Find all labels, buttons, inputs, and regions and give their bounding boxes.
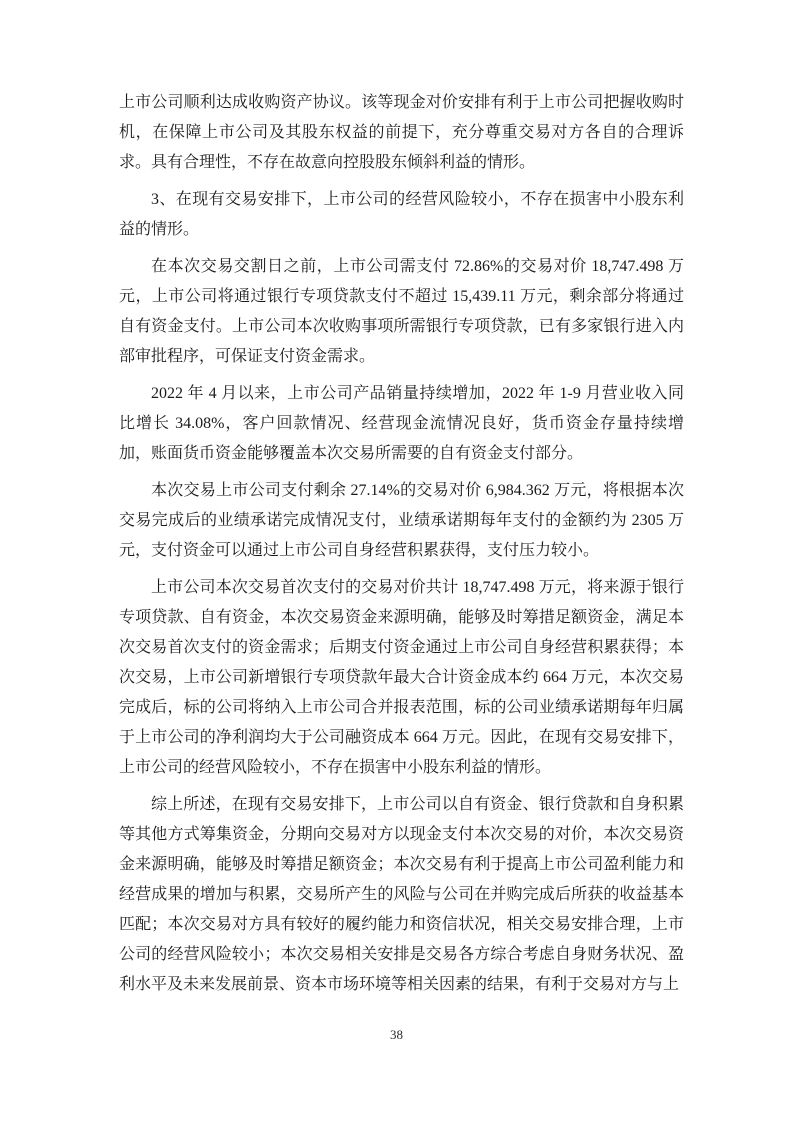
- paragraph: 综上所述，在现有交易安排下，上市公司以自有资金、银行贷款和自身积累等其他方式筹集…: [119, 790, 684, 1000]
- paragraph: 2022 年 4 月以来，上市公司产品销量持续增加，2022 年 1-9 月营业…: [119, 379, 684, 469]
- paragraph: 在本次交易交割日之前，上市公司需支付 72.86%的交易对价 18,747.49…: [119, 252, 684, 372]
- paragraph: 本次交易上市公司支付剩余 27.14%的交易对价 6,984.362 万元，将根…: [119, 476, 684, 566]
- page-number: 38: [0, 1027, 793, 1043]
- paragraph: 上市公司顺利达成收购资产协议。该等现金对价安排有利于上市公司把握收购时机，在保障…: [119, 88, 684, 178]
- paragraph: 3、在现有交易安排下，上市公司的经营风险较小，不存在损害中小股东利益的情形。: [119, 185, 684, 245]
- document-page: 上市公司顺利达成收购资产协议。该等现金对价安排有利于上市公司把握收购时机，在保障…: [0, 0, 793, 1122]
- document-body: 上市公司顺利达成收购资产协议。该等现金对价安排有利于上市公司把握收购时机，在保障…: [119, 88, 684, 1007]
- paragraph: 上市公司本次交易首次支付的交易对价共计 18,747.498 万元，将来源于银行…: [119, 573, 684, 783]
